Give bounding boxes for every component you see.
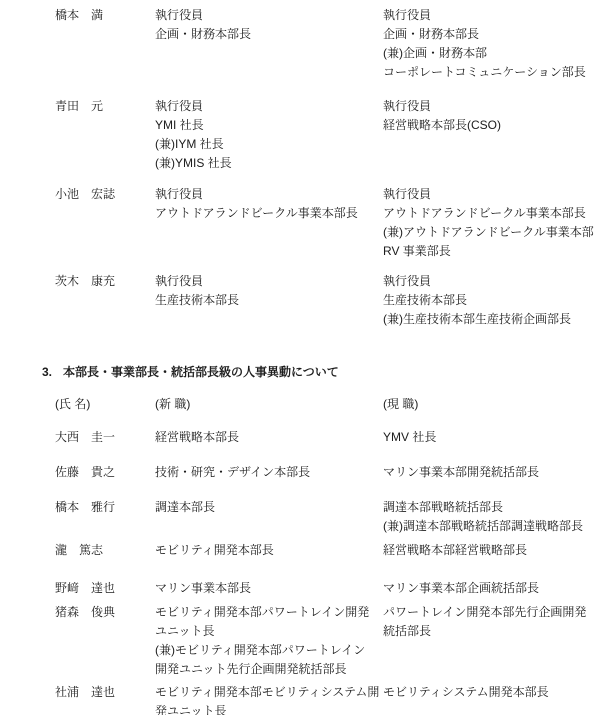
table-row: 瀧 篤志モビリティ開発本部長経営戦略本部経営戦略部長	[55, 541, 596, 560]
col-header-new-position: (新 職)	[155, 395, 383, 414]
new-position-cell: 経営戦略本部長	[155, 428, 383, 447]
new-position-cell: モビリティ開発本部モビリティシステム開 発ユニット長	[155, 683, 383, 715]
table-row: 橋本 満執行役員 企画・財務本部長執行役員 企画・財務本部長 (兼)企画・財務本…	[55, 6, 596, 82]
new-position-cell: モビリティ開発本部長	[155, 541, 383, 560]
executives-appointments-table: 橋本 満執行役員 企画・財務本部長執行役員 企画・財務本部長 (兼)企画・財務本…	[55, 6, 596, 329]
name-cell: 佐藤 貴之	[55, 463, 155, 482]
name-cell: 瀧 篤志	[55, 541, 155, 560]
current-position-cell: パワートレイン開発本部先行企画開発 統括部長	[383, 603, 596, 641]
appointments-table: 大西 圭一経営戦略本部長YMV 社長佐藤 貴之技術・研究・デザイン本部長マリン事…	[55, 428, 596, 715]
new-position-cell: 執行役員 YMI 社長 (兼)IYM 社長 (兼)YMIS 社長	[155, 97, 383, 173]
new-position-cell: 執行役員 生産技術本部長	[155, 272, 383, 310]
new-position-cell: 調達本部長	[155, 498, 383, 517]
name-cell: 猪森 俊典	[55, 603, 155, 622]
current-position-cell: モビリティシステム開発本部長	[383, 683, 596, 702]
table-row: 社浦 達也モビリティ開発本部モビリティシステム開 発ユニット長モビリティシステム…	[55, 683, 596, 715]
col-header-current-position: (現 職)	[383, 395, 596, 414]
current-position-cell: 執行役員 アウトドアランドビークル事業本部長 (兼)アウトドアランドビークル事業…	[383, 185, 596, 261]
name-cell: 野﨑 達也	[55, 579, 155, 598]
table-row: 橋本 雅行調達本部長調達本部戦略統括部長 (兼)調達本部戦略統括部調達戦略部長	[55, 498, 596, 536]
section3-title: 本部長・事業部長・統括部長級の人事異動について	[63, 363, 339, 382]
current-position-cell: 経営戦略本部経営戦略部長	[383, 541, 596, 560]
table-row: 大西 圭一経営戦略本部長YMV 社長	[55, 428, 596, 447]
current-position-cell: 調達本部戦略統括部長 (兼)調達本部戦略統括部調達戦略部長	[383, 498, 596, 536]
table-row: 猪森 俊典モビリティ開発本部パワートレイン開発 ユニット長 (兼)モビリティ開発…	[55, 603, 596, 679]
new-position-cell: 執行役員 アウトドアランドビークル事業本部長	[155, 185, 383, 223]
column-headers: (氏 名) (新 職) (現 職)	[55, 395, 596, 414]
name-cell: 青田 元	[55, 97, 155, 116]
table-row: 野﨑 達也マリン事業本部長マリン事業本部企画統括部長	[55, 579, 596, 598]
new-position-cell: マリン事業本部長	[155, 579, 383, 598]
table-row: 小池 宏誌執行役員 アウトドアランドビークル事業本部長執行役員 アウトドアランド…	[55, 185, 596, 261]
table-row: 茨木 康充執行役員 生産技術本部長執行役員 生産技術本部長 (兼)生産技術本部生…	[55, 272, 596, 329]
current-position-cell: マリン事業本部企画統括部長	[383, 579, 596, 598]
table-row: 佐藤 貴之技術・研究・デザイン本部長マリン事業本部開発統括部長	[55, 463, 596, 482]
name-cell: 大西 圭一	[55, 428, 155, 447]
document-page: 橋本 満執行役員 企画・財務本部長執行役員 企画・財務本部長 (兼)企画・財務本…	[0, 0, 600, 715]
current-position-cell: 執行役員 経営戦略本部長(CSO)	[383, 97, 596, 135]
current-position-cell: マリン事業本部開発統括部長	[383, 463, 596, 482]
section3-number: 3.	[42, 363, 52, 382]
name-cell: 茨木 康充	[55, 272, 155, 291]
new-position-cell: モビリティ開発本部パワートレイン開発 ユニット長 (兼)モビリティ開発本部パワー…	[155, 603, 383, 679]
section3-heading: 3. 本部長・事業部長・統括部長級の人事異動について	[42, 363, 596, 382]
col-header-name: (氏 名)	[55, 395, 155, 414]
current-position-cell: YMV 社長	[383, 428, 596, 447]
new-position-cell: 技術・研究・デザイン本部長	[155, 463, 383, 482]
current-position-cell: 執行役員 企画・財務本部長 (兼)企画・財務本部 コーポレートコミュニケーション…	[383, 6, 596, 82]
current-position-cell: 執行役員 生産技術本部長 (兼)生産技術本部生産技術企画部長	[383, 272, 596, 329]
name-cell: 小池 宏誌	[55, 185, 155, 204]
name-cell: 橋本 満	[55, 6, 155, 25]
name-cell: 橋本 雅行	[55, 498, 155, 517]
table-row: 青田 元執行役員 YMI 社長 (兼)IYM 社長 (兼)YMIS 社長執行役員…	[55, 97, 596, 173]
name-cell: 社浦 達也	[55, 683, 155, 702]
new-position-cell: 執行役員 企画・財務本部長	[155, 6, 383, 44]
